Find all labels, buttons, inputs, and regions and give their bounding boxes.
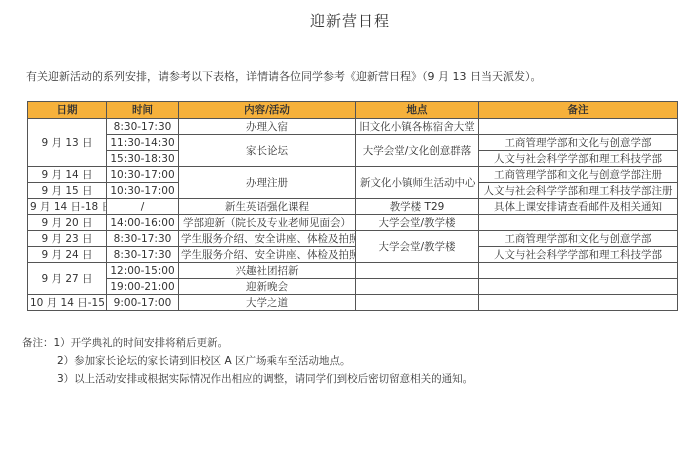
notes-cell: 人文与社会科学学部和理工科技学部 xyxy=(479,247,678,263)
schedule-table: 日期 时间 内容/活动 地点 备注 9 月 13 日 8:30-17:30 办理… xyxy=(27,101,678,311)
notes-cell: 工商管理学部和文化与创意学部 xyxy=(479,135,678,151)
date-cell: 9 月 15 日 xyxy=(28,183,107,199)
header-time: 时间 xyxy=(107,102,179,119)
table-row: 9 月 23 日 8:30-17:30 学生服务介绍、安全讲座、体检及拍照 大学… xyxy=(28,231,678,247)
footnote-label: 备注： xyxy=(22,337,54,349)
time-cell: / xyxy=(107,199,179,215)
header-location: 地点 xyxy=(356,102,479,119)
location-cell: 新文化小镇师生活动中心 xyxy=(356,167,479,199)
footnote-3: 3）以上活动安排或根据实际情况作出相应的调整，请同学们到校后密切留意相关的通知。 xyxy=(22,370,473,388)
date-cell: 9 月 24 日 xyxy=(28,247,107,263)
footnote-2: 2）参加家长论坛的家长请到旧校区 A 区广场乘车至活动地点。 xyxy=(22,352,473,370)
content-cell: 办理入宿 xyxy=(179,119,356,135)
content-cell: 学生服务介绍、安全讲座、体检及拍照 xyxy=(179,247,356,263)
content-cell: 办理注册 xyxy=(179,167,356,199)
date-cell: 9 月 14 日 xyxy=(28,167,107,183)
page-title: 迎新营日程 xyxy=(0,10,700,31)
notes-cell xyxy=(479,215,678,231)
table-row: 9 月 24 日 8:30-17:30 学生服务介绍、安全讲座、体检及拍照 人文… xyxy=(28,247,678,263)
date-cell: 10 月 14 日-15 日 xyxy=(28,295,107,311)
notes-cell xyxy=(479,295,678,311)
table-row: 9 月 20 日 14:00-16:00 学部迎新（院长及专业老师见面会） 大学… xyxy=(28,215,678,231)
notes-cell xyxy=(479,279,678,295)
time-cell: 12:00-15:00 xyxy=(107,263,179,279)
date-cell: 9 月 13 日 xyxy=(28,119,107,167)
table-row: 11:30-14:30 家长论坛 大学会堂/文化创意群落 工商管理学部和文化与创… xyxy=(28,135,678,151)
time-cell: 14:00-16:00 xyxy=(107,215,179,231)
intro-text: 有关迎新活动的系列安排，请参考以下表格，详情请各位同学参考《迎新营日程》（9 月… xyxy=(26,68,541,84)
table-row: 9 月 13 日 8:30-17:30 办理入宿 旧文化小镇各栋宿舍大堂 xyxy=(28,119,678,135)
location-cell: 大学会堂/教学楼 xyxy=(356,215,479,231)
time-cell: 10:30-17:00 xyxy=(107,183,179,199)
time-cell: 15:30-18:30 xyxy=(107,151,179,167)
table-row: 9 月 27 日 12:00-15:00 兴趣社团招新 xyxy=(28,263,678,279)
notes-cell: 人文与社会科学学部和理工科技学部 xyxy=(479,151,678,167)
time-cell: 9:00-17:00 xyxy=(107,295,179,311)
location-cell: 教学楼 T29 xyxy=(356,199,479,215)
time-cell: 8:30-17:30 xyxy=(107,247,179,263)
table-row: 19:00-21:00 迎新晚会 xyxy=(28,279,678,295)
notes-cell: 工商管理学部和文化与创意学部 xyxy=(479,231,678,247)
footnotes: 备注：1）开学典礼的时间安排将稍后更新。 2）参加家长论坛的家长请到旧校区 A … xyxy=(22,334,473,388)
time-cell: 8:30-17:30 xyxy=(107,231,179,247)
table-row: 10 月 14 日-15 日 9:00-17:00 大学之道 xyxy=(28,295,678,311)
content-cell: 新生英语强化课程 xyxy=(179,199,356,215)
location-cell xyxy=(356,295,479,311)
footnote-1: 备注：1）开学典礼的时间安排将稍后更新。 xyxy=(22,334,473,352)
time-cell: 19:00-21:00 xyxy=(107,279,179,295)
header-notes: 备注 xyxy=(479,102,678,119)
notes-cell: 工商管理学部和文化与创意学部注册 xyxy=(479,167,678,183)
content-cell: 兴趣社团招新 xyxy=(179,263,356,279)
time-cell: 10:30-17:00 xyxy=(107,167,179,183)
table-header-row: 日期 时间 内容/活动 地点 备注 xyxy=(28,102,678,119)
table-row: 9 月 14 日-18 日 / 新生英语强化课程 教学楼 T29 具体上课安排请… xyxy=(28,199,678,215)
location-cell xyxy=(356,263,479,279)
location-cell: 大学会堂/文化创意群落 xyxy=(356,135,479,167)
notes-cell xyxy=(479,119,678,135)
location-cell: 旧文化小镇各栋宿舍大堂 xyxy=(356,119,479,135)
header-content: 内容/活动 xyxy=(179,102,356,119)
header-date: 日期 xyxy=(28,102,107,119)
time-cell: 8:30-17:30 xyxy=(107,119,179,135)
date-cell: 9 月 27 日 xyxy=(28,263,107,295)
date-cell: 9 月 23 日 xyxy=(28,231,107,247)
time-cell: 11:30-14:30 xyxy=(107,135,179,151)
table-row: 9 月 14 日 10:30-17:00 办理注册 新文化小镇师生活动中心 工商… xyxy=(28,167,678,183)
date-cell: 9 月 14 日-18 日 xyxy=(28,199,107,215)
location-cell: 大学会堂/教学楼 xyxy=(356,231,479,263)
content-cell: 学生服务介绍、安全讲座、体检及拍照 xyxy=(179,231,356,247)
notes-cell: 人文与社会科学学部和理工科技学部注册 xyxy=(479,183,678,199)
date-cell: 9 月 20 日 xyxy=(28,215,107,231)
content-cell: 学部迎新（院长及专业老师见面会） xyxy=(179,215,356,231)
notes-cell: 具体上课安排请查看邮件及相关通知 xyxy=(479,199,678,215)
location-cell xyxy=(356,279,479,295)
content-cell: 大学之道 xyxy=(179,295,356,311)
content-cell: 家长论坛 xyxy=(179,135,356,167)
content-cell: 迎新晚会 xyxy=(179,279,356,295)
notes-cell xyxy=(479,263,678,279)
